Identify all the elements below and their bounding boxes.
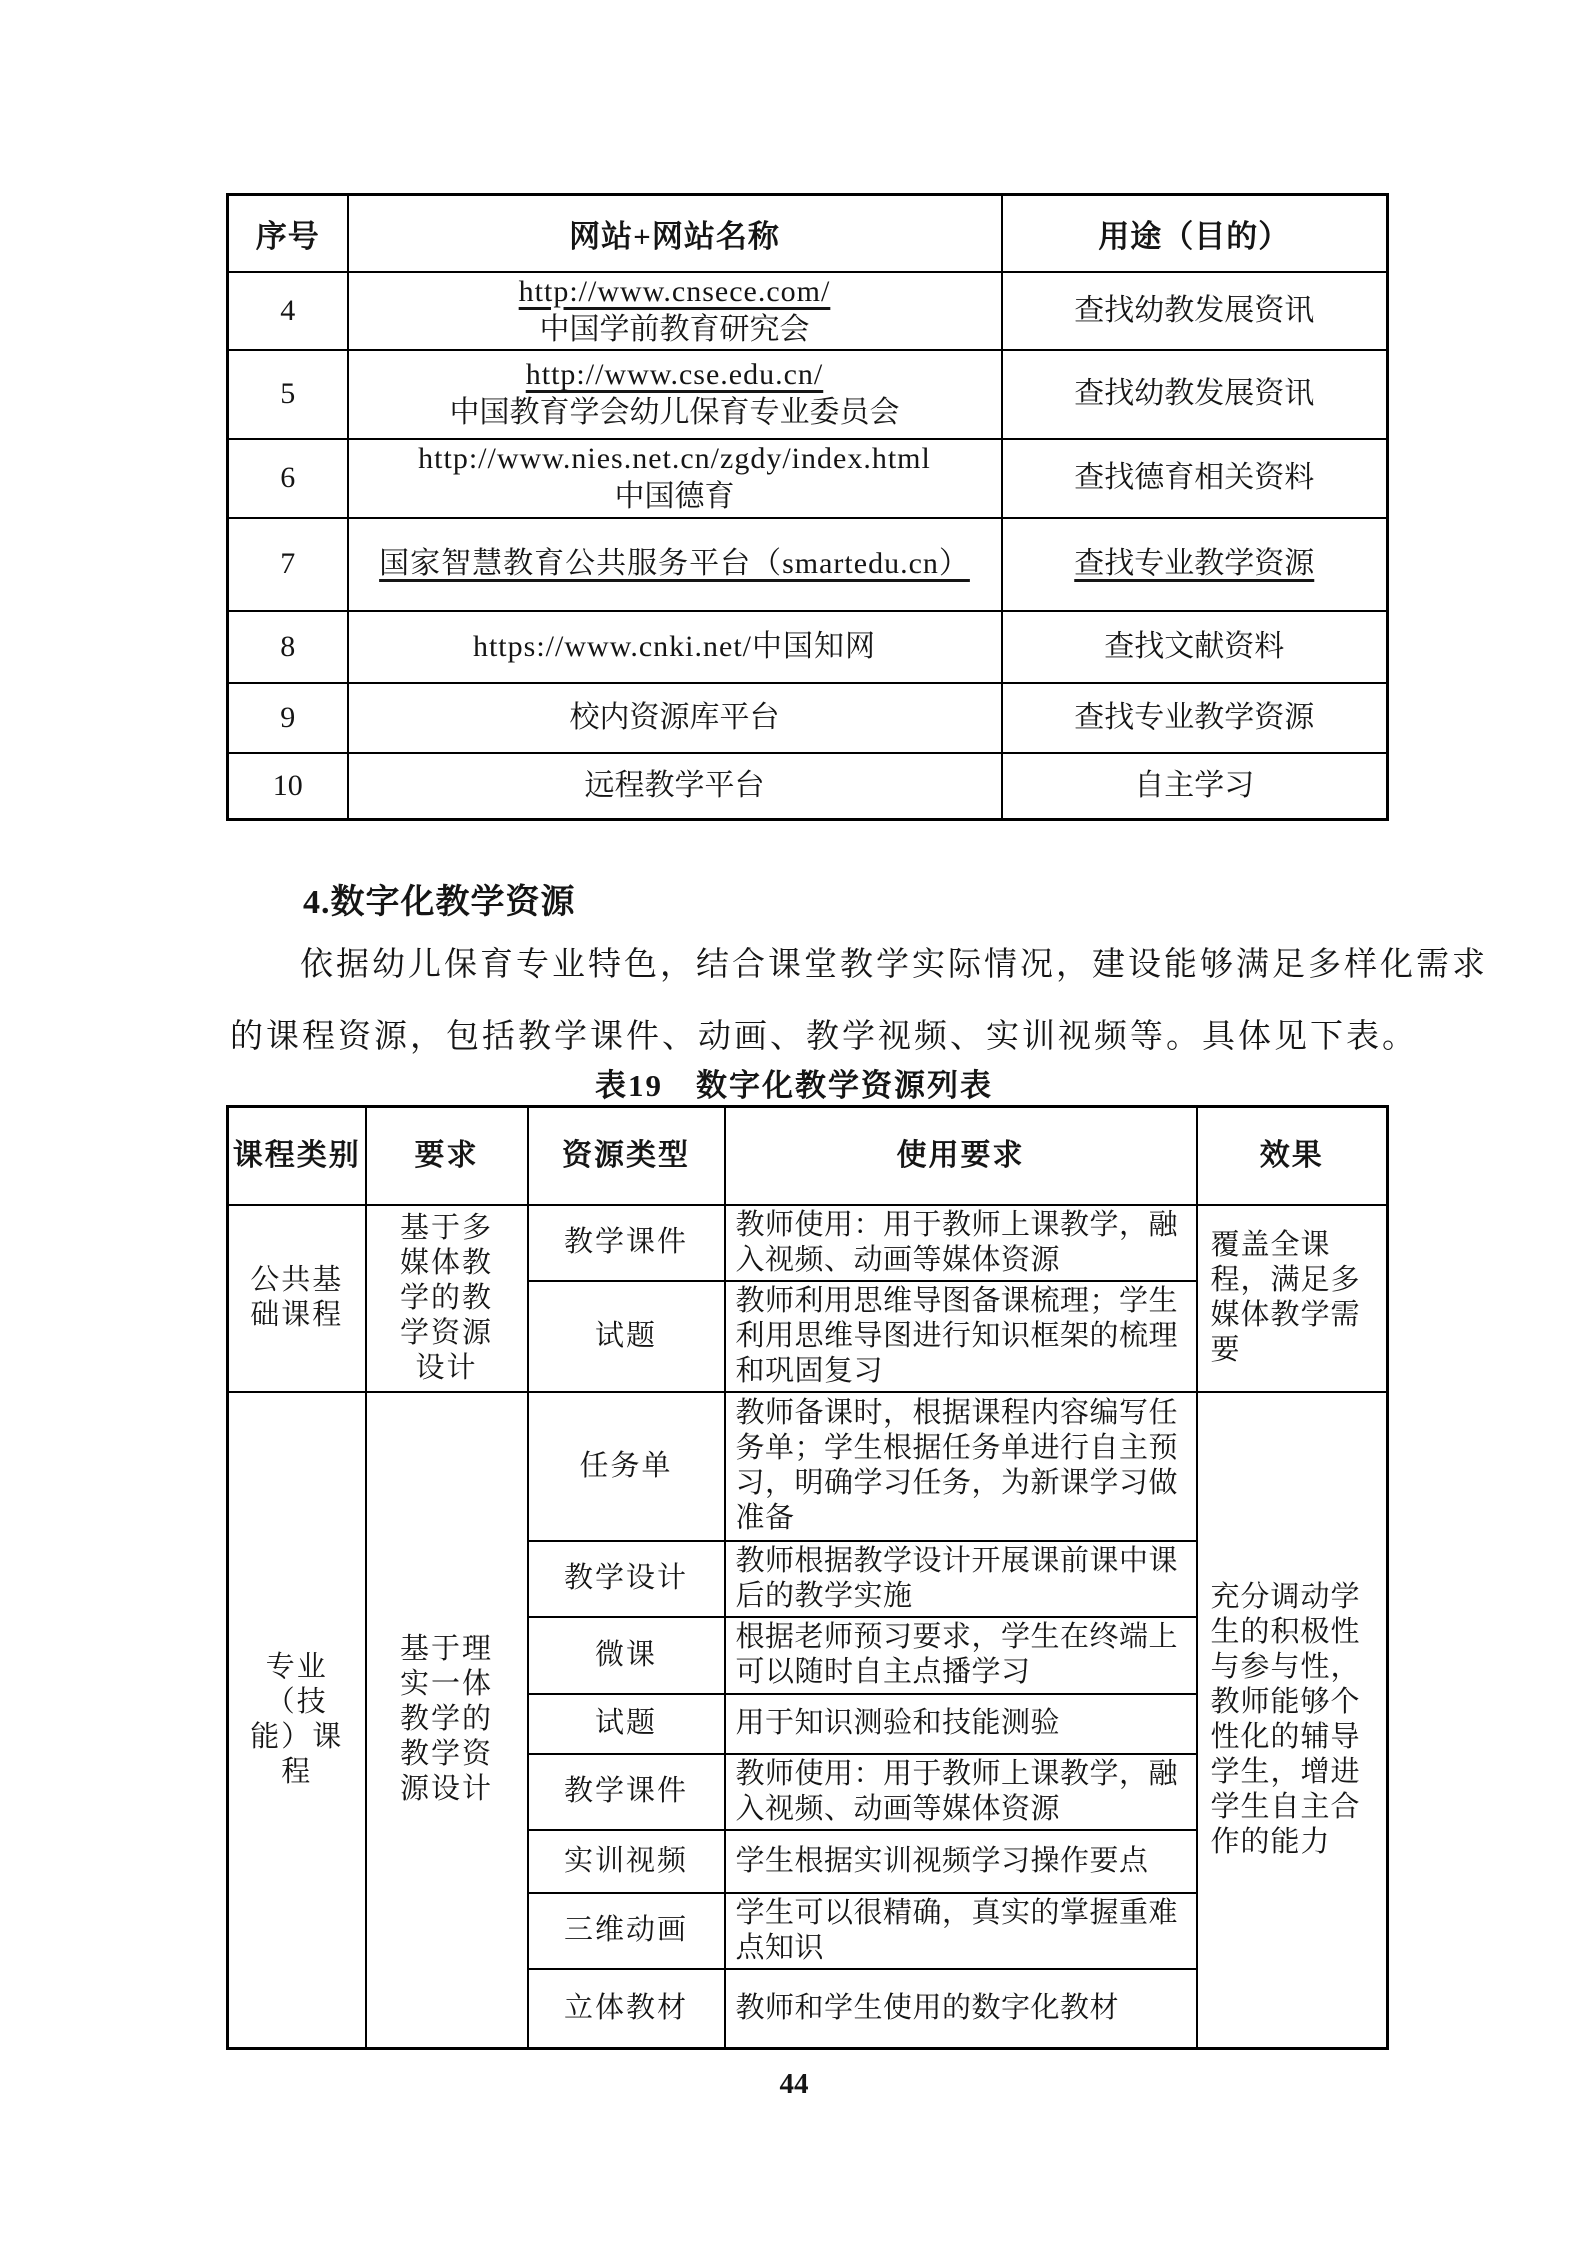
row-number: 7	[228, 518, 348, 611]
effect-cell: 覆盖全课程，满足多媒体教学需要	[1197, 1205, 1388, 1392]
resource-type-cell: 三维动画	[528, 1893, 725, 1969]
resource-type-cell: 实训视频	[528, 1830, 725, 1893]
paragraph-line: 依据幼儿保育专业特色，结合课堂教学实际情况，建设能够满足多样化需求	[230, 929, 1395, 1001]
table-websites-header-row: 序号 网站+网站名称 用途（目的）	[228, 195, 1388, 272]
row-number: 9	[228, 683, 348, 753]
usage-cell: 用于知识测验和技能测验	[725, 1694, 1197, 1754]
purpose-cell: 查找德育相关资料	[1002, 439, 1388, 518]
usage-cell: 学生根据实训视频学习操作要点	[725, 1830, 1197, 1893]
website-url-link[interactable]: http://www.cnsece.com/	[349, 273, 1001, 311]
purpose-cell: 查找专业教学资源	[1002, 683, 1388, 753]
website-url: http://www.nies.net.cn/zgdy/index.html	[349, 440, 1001, 478]
row-number: 10	[228, 753, 348, 820]
table-resources-header-row: 课程类别 要求 资源类型 使用要求 效果	[228, 1107, 1388, 1205]
table-websites: 序号 网站+网站名称 用途（目的） 4 http://www.cnsece.co…	[226, 193, 1389, 821]
usage-cell: 教师根据教学设计开展课前课中课后的教学实施	[725, 1541, 1197, 1617]
table-row: 9 校内资源库平台 查找专业教学资源	[228, 683, 1388, 753]
col-header-purpose: 用途（目的）	[1002, 195, 1388, 272]
resource-type-cell: 立体教材	[528, 1969, 725, 2049]
purpose-cell: 查找幼教发展资讯	[1002, 272, 1388, 350]
website-cell: http://www.nies.net.cn/zgdy/index.html 中…	[348, 439, 1002, 518]
usage-cell: 教师和学生使用的数字化教材	[725, 1969, 1197, 2049]
usage-cell: 教师备课时，根据课程内容编写任务单；学生根据任务单进行自主预习，明确学习任务，为…	[725, 1392, 1197, 1541]
table-digital-resources: 课程类别 要求 资源类型 使用要求 效果 公共基础课程 基于多媒体教学的教学资源…	[226, 1105, 1389, 2050]
table-row: 8 https://www.cnki.net/中国知网 查找文献资料	[228, 611, 1388, 683]
website-name: 远程教学平台	[349, 767, 1001, 805]
website-cell: http://www.cnsece.com/ 中国学前教育研究会	[348, 272, 1002, 350]
table-row: 7 国家智慧教育公共服务平台（smartedu.cn） 查找专业教学资源	[228, 518, 1388, 611]
website-name: 中国学前教育研究会	[349, 311, 1001, 349]
row-number: 4	[228, 272, 348, 350]
website-cell: https://www.cnki.net/中国知网	[348, 611, 1002, 683]
website-cell: http://www.cse.edu.cn/ 中国教育学会幼儿保育专业委员会	[348, 350, 1002, 439]
usage-cell: 根据老师预习要求，学生在终端上可以随时自主点播学习	[725, 1617, 1197, 1694]
resource-type-cell: 试题	[528, 1281, 725, 1392]
col-header-index: 序号	[228, 195, 348, 272]
resource-type-cell: 微课	[528, 1617, 725, 1694]
course-category-cell: 专业（技能）课程	[228, 1392, 366, 2049]
usage-cell: 学生可以很精确，真实的掌握重难点知识	[725, 1893, 1197, 1969]
table-row: 4 http://www.cnsece.com/ 中国学前教育研究会 查找幼教发…	[228, 272, 1388, 350]
col-header-course-category: 课程类别	[228, 1107, 366, 1205]
table-row: 公共基础课程 基于多媒体教学的教学资源设计 教学课件 教师使用：用于教师上课教学…	[228, 1205, 1388, 1281]
page-number: 44	[0, 2068, 1588, 2101]
website-name: 校内资源库平台	[349, 699, 1001, 737]
table-row: 5 http://www.cse.edu.cn/ 中国教育学会幼儿保育专业委员会…	[228, 350, 1388, 439]
col-header-requirement: 要求	[366, 1107, 528, 1205]
purpose-cell: 查找专业教学资源	[1002, 518, 1388, 611]
table-row: 10 远程教学平台 自主学习	[228, 753, 1388, 820]
purpose-cell: 查找文献资料	[1002, 611, 1388, 683]
website-name: 中国教育学会幼儿保育专业委员会	[349, 394, 1001, 432]
website-name: 中国德育	[349, 478, 1001, 516]
purpose-cell: 自主学习	[1002, 753, 1388, 820]
website-cell: 远程教学平台	[348, 753, 1002, 820]
effect-cell: 充分调动学生的积极性与参与性，教师能够个性化的辅导学生，增进学生自主合作的能力	[1197, 1392, 1388, 2049]
section-heading: 4.数字化教学资源	[303, 874, 576, 923]
resource-type-cell: 教学课件	[528, 1205, 725, 1281]
usage-cell: 教师使用：用于教师上课教学，融入视频、动画等媒体资源	[725, 1205, 1197, 1281]
website-cell: 国家智慧教育公共服务平台（smartedu.cn）	[348, 518, 1002, 611]
col-header-usage: 使用要求	[725, 1107, 1197, 1205]
col-header-effect: 效果	[1197, 1107, 1388, 1205]
document-page: 序号 网站+网站名称 用途（目的） 4 http://www.cnsece.co…	[0, 0, 1588, 2245]
resource-type-cell: 任务单	[528, 1392, 725, 1541]
requirement-cell: 基于多媒体教学的教学资源设计	[366, 1205, 528, 1392]
col-header-website: 网站+网站名称	[348, 195, 1002, 272]
resource-type-cell: 试题	[528, 1694, 725, 1754]
row-number: 8	[228, 611, 348, 683]
row-number: 6	[228, 439, 348, 518]
website-url: https://www.cnki.net/中国知网	[349, 628, 1001, 666]
resource-type-cell: 教学设计	[528, 1541, 725, 1617]
purpose-cell: 查找幼教发展资讯	[1002, 350, 1388, 439]
table-row: 专业（技能）课程 基于理实一体教学的教学资源设计 任务单 教师备课时，根据课程内…	[228, 1392, 1388, 1541]
body-paragraph: 依据幼儿保育专业特色，结合课堂教学实际情况，建设能够满足多样化需求 的课程资源，…	[230, 929, 1395, 1073]
usage-cell: 教师使用：用于教师上课教学，融入视频、动画等媒体资源	[725, 1754, 1197, 1830]
resource-type-cell: 教学课件	[528, 1754, 725, 1830]
row-number: 5	[228, 350, 348, 439]
requirement-cell: 基于理实一体教学的教学资源设计	[366, 1392, 528, 2049]
table-caption: 表19 数字化教学资源列表	[0, 1060, 1588, 1105]
website-url-link[interactable]: http://www.cse.edu.cn/	[349, 356, 1001, 394]
table-row: 6 http://www.nies.net.cn/zgdy/index.html…	[228, 439, 1388, 518]
usage-cell: 教师利用思维导图备课梳理；学生利用思维导图进行知识框架的梳理和巩固复习	[725, 1281, 1197, 1392]
course-category-cell: 公共基础课程	[228, 1205, 366, 1392]
website-cell: 校内资源库平台	[348, 683, 1002, 753]
website-url-link[interactable]: 国家智慧教育公共服务平台（smartedu.cn）	[349, 545, 1001, 583]
col-header-resource-type: 资源类型	[528, 1107, 725, 1205]
